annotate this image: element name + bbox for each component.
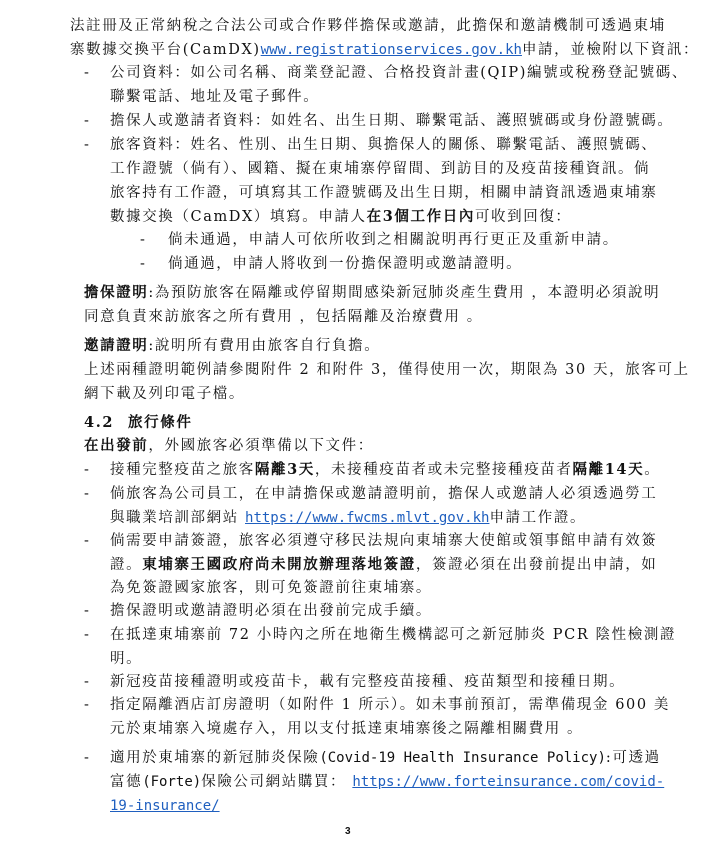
traveler-line-4-pre: 數據交換（CamDX）填寫。申請人 <box>110 209 367 225</box>
camdx-registration-link[interactable]: www.registrationservices.gov.kh <box>261 42 522 58</box>
item1-pre: 接種完整疫苗之旅客 <box>110 462 255 478</box>
info-company-line-1: 公司資料：如公司名稱、商業登記證、合格投資計畫(QIP)編號或稅務登記號碼、 <box>110 63 688 83</box>
samples-line-1: 上述兩種證明範例請參閱附件 2 和附件 3，僅得使用一次，期限為 30 天，旅客… <box>84 360 690 380</box>
document-page: 法註冊及正常納稅之合法公司或合作夥伴擔保或邀請，此擔保和邀請機制可透過東埔 寨數… <box>0 0 701 851</box>
bullet-dash: - <box>84 63 89 83</box>
info-company-line-2: 聯繫電話、地址及電子郵件。 <box>110 87 319 107</box>
info-traveler-line-3: 旅客持有工作證，可填寫其工作證號碼及出生日期，相關申請資訊透過東埔寨 <box>110 183 657 203</box>
item2-pre: 與職業培訓部網站 <box>110 510 245 526</box>
intro-line-2-post: 申請，並檢附以下資訊： <box>522 42 699 58</box>
item1-post: 。 <box>644 462 660 478</box>
reply-approved: 倘通過，申請人將收到一份擔保證明或邀請證明。 <box>168 254 522 274</box>
section-intro-bold: 在出發前 <box>84 437 148 454</box>
forte-name: (Forte) <box>142 774 201 790</box>
intro-line-1: 法註冊及正常納稅之合法公司或合作夥伴擔保或邀請，此擔保和邀請機制可透過東埔 <box>70 16 666 36</box>
travel-item-hotel-line-1: 指定隔離酒店訂房證明（如附件 1 所示）。如未事前預訂，需準備現金 600 美 <box>110 695 670 715</box>
travel-item-workpermit-line-2: 與職業培訓部網站 https://www.fwcms.mlvt.gov.kh申請… <box>110 508 586 528</box>
travel-item-visa-line-1: 倘需要申請簽證，旅客必須遵守移民法規向東埔寨大使館或領事館申請有效簽 <box>110 531 657 551</box>
travel-item-pcr-line-2: 明。 <box>110 649 142 669</box>
page-number: 3 <box>345 826 351 837</box>
section-number: 4.2 <box>84 414 114 431</box>
section-intro: 在出發前，外國旅客必須準備以下文件： <box>84 436 374 456</box>
bullet-dash: - <box>84 695 89 715</box>
item2-post: 申請工作證。 <box>489 510 586 526</box>
item8-pre: 適用於東埔寨的新冠肺炎保險 <box>110 750 319 766</box>
reply-rejected: 倘未通過，申請人可依所收到之相關說明再行更正及重新申請。 <box>168 230 619 250</box>
travel-item-insurance-line-1: 適用於東埔寨的新冠肺炎保險(Covid-19 Health Insurance … <box>110 748 661 768</box>
item8-line2-pre: 富德 <box>110 774 142 790</box>
info-sponsor-line: 擔保人或邀請者資料：如姓名、出生日期、聯繫電話、護照號碼或身份證號碼。 <box>110 111 674 131</box>
invitation-text: :說明所有費用由旅客自行負擔。 <box>148 338 380 354</box>
intro-line-2: 寨數據交換平台(CamDX)www.registrationservices.g… <box>70 40 699 60</box>
no-visa-on-arrival: 東埔寨王國政府尚未開放辦理落地簽證 <box>142 556 416 573</box>
invitation-line: 邀請證明:說明所有費用由旅客自行負擔。 <box>84 336 380 356</box>
quarantine-3-days: 隔離3天 <box>255 461 315 478</box>
item3-pre: 證。 <box>110 557 142 573</box>
info-traveler-line-4: 數據交換（CamDX）填寫。申請人在3個工作日內可收到回復： <box>110 207 572 227</box>
travel-item-insurance-line-2: 富德(Forte)保險公司網站購買： https://www.forteinsu… <box>110 772 664 792</box>
travel-item-pcr-line-1: 在抵達東埔寨前 72 小時內之所在地衛生機構認可之新冠肺炎 PCR 陰性檢測證 <box>110 625 676 645</box>
item8-post: :可透過 <box>606 750 661 766</box>
section-heading: 4.2旅行條件 <box>84 413 192 433</box>
section-title: 旅行條件 <box>128 414 192 431</box>
info-traveler-line-1: 旅客資料：姓名、性別、出生日期、與擔保人的關係、聯繫電話、護照號碼、 <box>110 135 657 155</box>
guarantee-line-2: 同意負責來訪旅客之所有費用 ，包括隔離及治療費用 。 <box>84 307 483 327</box>
guarantee-label: 擔保證明 <box>84 284 148 301</box>
guarantee-text: :為預防旅客在隔離或停留期間感染新冠肺炎產生費用 ，本證明必須說明 <box>148 285 660 301</box>
bullet-dash: - <box>84 460 89 480</box>
info-traveler-line-2: 工作證號（倘有）、國籍、擬在東埔寨停留間、到訪目的及疫苗接種資訊。倘 <box>110 159 650 179</box>
bullet-dash: - <box>84 484 89 504</box>
bullet-dash: - <box>140 230 145 250</box>
invitation-label: 邀請證明 <box>84 337 148 354</box>
travel-item-visa-line-2: 證。東埔寨王國政府尚未開放辦理落地簽證，簽證必須在出發前提出申請，如 <box>110 555 657 575</box>
traveler-line-4-post: 可收到回復： <box>475 209 572 225</box>
bullet-dash: - <box>84 625 89 645</box>
travel-item-insurance-line-3: 19-insurance/ <box>110 796 220 816</box>
guarantee-line-1: 擔保證明:為預防旅客在隔離或停留期間感染新冠肺炎產生費用 ，本證明必須說明 <box>84 283 660 303</box>
bullet-dash: - <box>84 601 89 621</box>
item3-post: ，簽證必須在出發前提出申請，如 <box>416 557 658 573</box>
item1-mid: ，未接種疫苗者或未完整接種疫苗者 <box>315 462 573 478</box>
bullet-dash: - <box>140 254 145 274</box>
bullet-dash: - <box>84 748 89 768</box>
intro-line-2-pre: 寨數據交換平台(CamDX) <box>70 42 261 58</box>
samples-line-2: 網下載及列印電子檔。 <box>84 384 245 404</box>
travel-item-vaccine-card: 新冠疫苗接種證明或疫苗卡，載有完整疫苗接種、疫苗類型和接種日期。 <box>110 672 625 692</box>
travel-item-workpermit-line-1: 倘旅客為公司員工，在申請擔保或邀請證明前，擔保人或邀請人必須透過勞工 <box>110 484 657 504</box>
fwcms-link[interactable]: https://www.fwcms.mlvt.gov.kh <box>245 510 489 526</box>
quarantine-14-days: 隔離14天 <box>573 461 645 478</box>
section-intro-rest: ，外國旅客必須準備以下文件： <box>148 438 373 454</box>
bullet-dash: - <box>84 111 89 131</box>
travel-item-certificate: 擔保證明或邀請證明必須在出發前完成手續。 <box>110 601 432 621</box>
forte-insurance-link-continued[interactable]: 19-insurance/ <box>110 798 220 814</box>
bullet-dash: - <box>84 135 89 155</box>
bullet-dash: - <box>84 531 89 551</box>
insurance-policy-name: (Covid-19 Health Insurance Policy) <box>319 750 606 766</box>
reply-deadline: 在3個工作日內 <box>367 208 475 225</box>
item8-line2-post: 保險公司網站購買： <box>201 774 346 790</box>
bullet-dash: - <box>84 672 89 692</box>
travel-item-visa-line-3: 為免簽證國家旅客，則可免簽證前往東埔寨。 <box>110 578 432 598</box>
travel-item-hotel-line-2: 元於東埔寨入境處存入，用以支付抵達東埔寨後之隔離相關費用 。 <box>110 719 583 739</box>
travel-item-quarantine: 接種完整疫苗之旅客隔離3天，未接種疫苗者或未完整接種疫苗者隔離14天。 <box>110 460 660 480</box>
forte-insurance-link[interactable]: https://www.forteinsurance.com/covid- <box>352 774 664 790</box>
